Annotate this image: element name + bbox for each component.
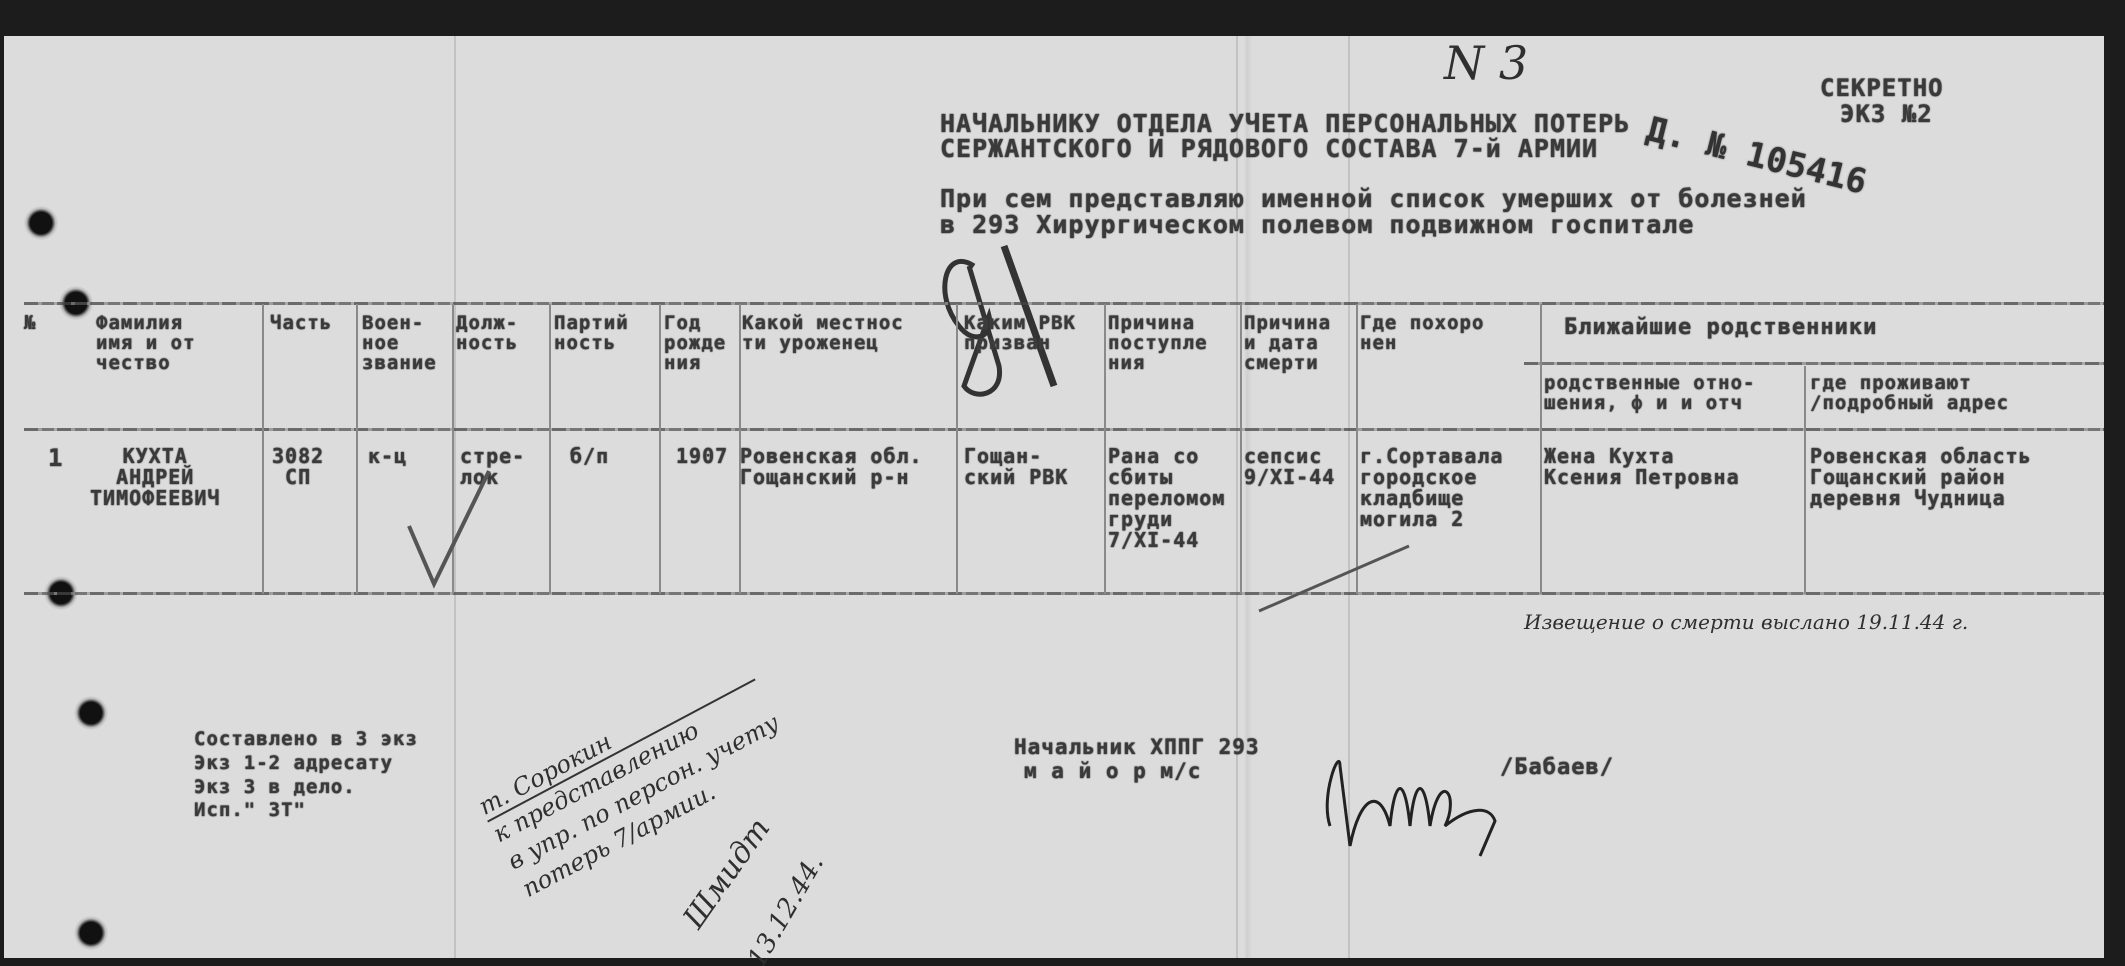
document-page: N 3 Д. № 105416 СЕКРЕТНО ЭКЗ №2 НАЧАЛЬНИ… [4,36,2104,958]
secrecy-stamp: СЕКРЕТНО [1820,76,1944,101]
cell-birthplace: Ровенская обл. Гощанский р-н [740,446,923,488]
column-header-birthplace: Какой местнос ти уроженец [742,314,904,354]
column-header-burial-place: Где похоро нен [1360,314,1484,354]
column-header-address: где проживают /подробный адрес [1810,374,2009,414]
strike-line-icon [1254,536,1414,616]
cell-unit: 3082 СП [272,446,324,488]
checkmark-icon [404,466,494,596]
column-header-num: № [24,314,36,334]
cell-burial-place: г.Сортавала городское кладбище могила 2 [1360,446,1503,530]
copy-number: ЭКЗ №2 [1840,102,1933,127]
column-header-party: Партий ность [554,314,629,354]
cell-death-cause: сепсис 9/XI-44 [1244,446,1335,488]
cell-num: 1 [48,446,63,471]
column-header-relation: родственные отно- шения, ф и и отч [1544,374,1755,414]
punch-hole [74,916,108,950]
death-notice-annotation: Извещение о смерти выслано 19.11.44 г. [1524,610,1968,634]
column-header-name: Фамилия имя и от чество [96,314,196,374]
punch-hole [74,696,108,730]
punch-hole [24,206,58,240]
signer-title-line-1: Начальник ХППГ 293 [1014,736,1260,758]
cell-name: КУХТА АНДРЕЙ ТИМОФЕЕВИЧ [90,446,220,509]
cell-birth-year: 1907 [676,446,728,467]
column-header-draft-office: Каким РВК призван [964,314,1076,354]
cell-admission-cause: Рана со сбиты переломом груди 7/XI-44 [1108,446,1225,551]
signature-icon [1320,736,1520,866]
cell-rank: к-ц [368,446,407,467]
column-header-relatives: Ближайшие родственники [1564,316,1877,339]
column-header-admission-cause: Причина поступле ния [1108,314,1208,374]
column-header-birth-year: Год рожде ния [664,314,726,374]
resolution-signature: Шмидт [677,812,778,935]
copies-note: Составлено в 3 экз Экз 1-2 адресату Экз … [194,728,418,823]
cell-address: Ровенская область Гощанский район деревн… [1810,446,2032,509]
addressee-line-2: СЕРЖАНТСКОГО И РЯДОВОГО СОСТАВА 7-й АРМИ… [940,136,1598,162]
intro-line-1: При сем представляю именной список умерш… [940,186,1807,212]
column-header-unit: Часть [270,314,332,334]
cell-party: б/п [570,446,609,467]
column-header-death-cause: Причина и дата смерти [1244,314,1331,374]
signer-name: /Бабаев/ [1500,756,1614,779]
signer-title-line-2: м а й о р м/с [1024,760,1201,782]
resolution-date: 13.12.44. [742,850,830,966]
cell-relation: Жена Кухта Ксения Петровна [1544,446,1740,488]
intro-line-2: в 293 Хирургическом полевом подвижном го… [940,212,1694,238]
column-header-position: Долж- ность [456,314,518,354]
handwritten-number: N 3 [1444,36,1528,90]
column-header-rank: Воен- ное звание [362,314,437,374]
cell-draft-office: Гощан- ский РВК [964,446,1068,488]
